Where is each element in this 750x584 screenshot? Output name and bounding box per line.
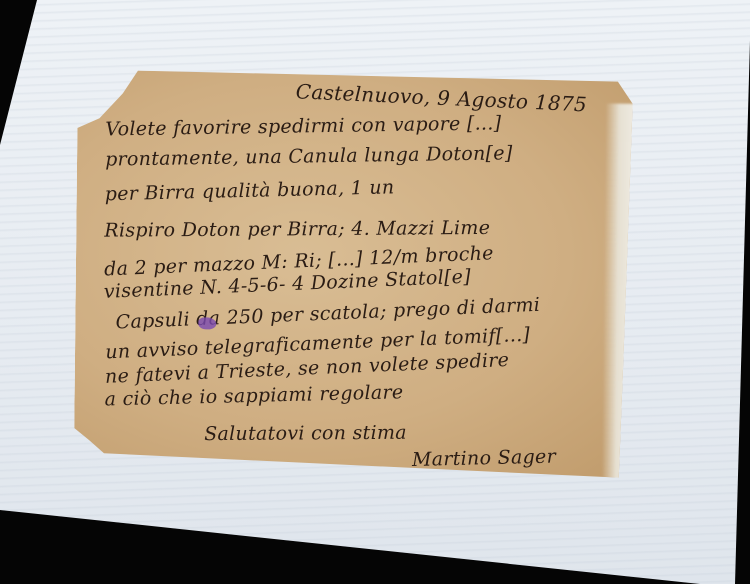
purple-ink-blot: [198, 317, 216, 329]
letter-line-2: prontamente, una Canula lunga Doton[e]: [105, 142, 513, 170]
letter-line-3: per Birra qualità buona, 1 un: [104, 176, 394, 205]
letter-signature: Martino Sager: [412, 446, 557, 472]
letter-closing: Salutatovi con stima: [204, 422, 407, 445]
letter-heading: Castelnuovo, 9 Agosto 1875: [295, 79, 587, 116]
letter-line-4: Rispiro Doton per Birra; 4. Mazzi Lime: [104, 217, 490, 242]
handwritten-letter: Castelnuovo, 9 Agosto 1875 Volete favori…: [74, 68, 646, 482]
letter-line-1: Volete favorire spedirmi con vapore [...…: [105, 112, 501, 140]
